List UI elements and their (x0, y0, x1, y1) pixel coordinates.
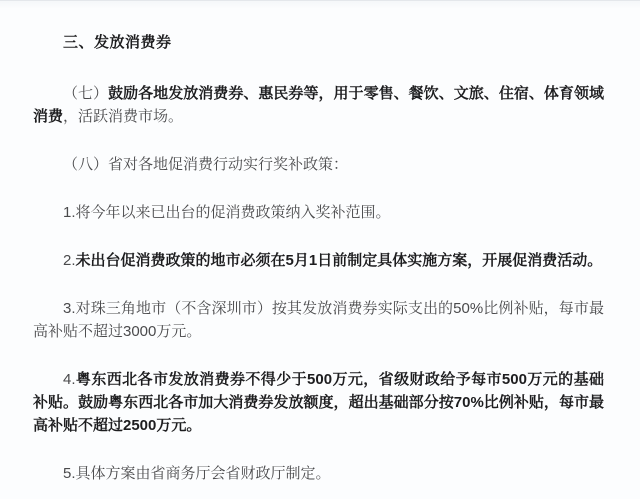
paragraph: 5.具体方案由省商务厅会省财政厅制定。 (33, 462, 604, 485)
text-run: （七） (63, 85, 108, 102)
paragraph: 3.对珠三角地市（不含深圳市）按其发放消费券实际支出的50%比例补贴，每市最高补… (33, 297, 604, 343)
text-run: 4. (63, 371, 76, 388)
paragraph: （七）鼓励各地发放消费券、惠民券等，用于零售、餐饮、文旅、住宿、体育领域消费，活… (33, 82, 604, 128)
paragraph: （八）省对各地促消费行动实行奖补政策： (33, 153, 604, 176)
text-run: （八）省对各地促消费行动实行奖补政策： (63, 156, 348, 173)
text-run: ，活跃消费市场。 (63, 108, 183, 125)
paragraph: 4.粤东西北各市发放消费券不得少于500万元，省级财政给予每市500万元的基础补… (33, 368, 604, 437)
section-heading: 三、发放消费券 (33, 31, 604, 54)
bold-text-run: 粤东西北各市发放消费券不得少于500万元，省级财政给予每市500万元的基础补贴。… (33, 371, 604, 434)
paragraph: 1.将今年以来已出台的促消费政策纳入奖补范围。 (33, 201, 604, 224)
bold-text-run: 未出台促消费政策的地市必须在5月1日前制定具体实施方案，开展促消费活动。 (76, 252, 603, 269)
text-run: 5.具体方案由省商务厅会省财政厅制定。 (63, 465, 331, 482)
paragraph-list: （七）鼓励各地发放消费券、惠民券等，用于零售、餐饮、文旅、住宿、体育领域消费，活… (33, 82, 604, 485)
document-page: 三、发放消费券 （七）鼓励各地发放消费券、惠民券等，用于零售、餐饮、文旅、住宿、… (0, 0, 640, 499)
text-run: 3.对珠三角地市（不含深圳市）按其发放消费券实际支出的50%比例补贴，每市最高补… (33, 300, 604, 340)
paragraph: 2.未出台促消费政策的地市必须在5月1日前制定具体实施方案，开展促消费活动。 (33, 249, 604, 272)
text-run: 2. (63, 252, 76, 269)
text-run: 1.将今年以来已出台的促消费政策纳入奖补范围。 (63, 204, 391, 221)
